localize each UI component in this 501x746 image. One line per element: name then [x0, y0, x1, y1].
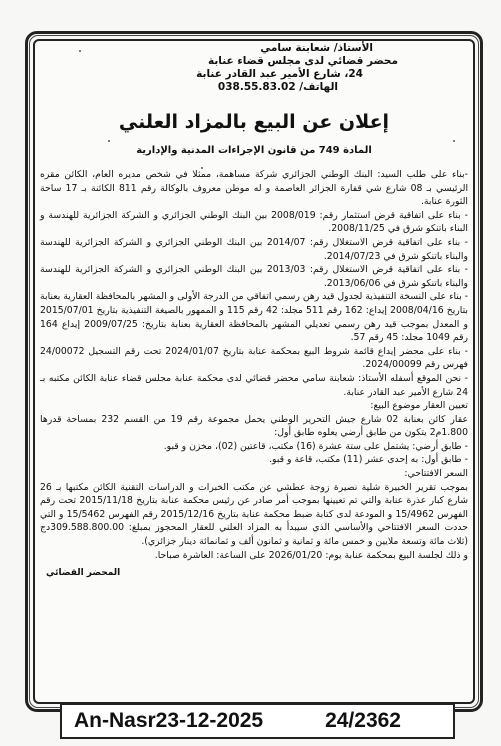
paragraph-loan-2: - بناء على اتفاقية قرض الاستغلال رقم: 20…: [40, 236, 468, 263]
bailiff-phone: الهاتف/ 038.55.83.02: [40, 81, 468, 94]
sale-session: و ذلك لجلسة البيع بمحكمة عنابة يوم: 2026…: [40, 549, 468, 563]
notice-body: -بناء على طلب السيد: البنك الوطني الجزائ…: [40, 168, 468, 562]
paragraph-mortgage: - بناء على النسخة التنفيذية لجدول قيد ره…: [40, 290, 468, 344]
paragraph-loan-1: - بناء على اتفاقية قرض استثمار رقم: 2008…: [40, 209, 468, 236]
price-text: بموجب تقرير الخبيرة شلية نصيرة زوجة عطشي…: [40, 481, 468, 549]
price-heading: السعر الافتتاحي:: [40, 467, 468, 481]
paragraph-conditions: - بناء على محضر إيداع قائمة شروط البيع ب…: [40, 345, 468, 372]
publication-footer: An-Nasr23-12-2025 24/2362: [60, 703, 455, 739]
paragraph-loan-3: - بناء على اتفاقية قرض الاستغلال رقم: 20…: [40, 263, 468, 290]
bailiff-title: محضر قضائي لدى مجلس قضاء عنابة: [40, 55, 468, 68]
paragraph-signatory: - نحن الموقع أسفله الأستاذ: شعابنة سامي …: [40, 372, 468, 399]
paragraph-request: -بناء على طلب السيد: البنك الوطني الجزائ…: [40, 168, 468, 209]
property-item: - طابق أول: به إحدى عشر (11) مكتب، قاعة …: [40, 453, 468, 467]
signature: المحضر القضائي: [40, 568, 468, 578]
notice-content: الأستاذ/ شعابنة سامي محضر قضائي لدى مجلس…: [40, 42, 468, 578]
property-heading: تعيين العقار موضوع البيع:: [40, 399, 468, 413]
bailiff-header: الأستاذ/ شعابنة سامي محضر قضائي لدى مجلس…: [40, 42, 468, 94]
bailiff-name: الأستاذ/ شعابنة سامي: [40, 42, 468, 55]
property-item: - طابق أرضي: يشتمل على ستة عشرة (16) مكت…: [40, 440, 468, 454]
bailiff-address: 24، شارع الأمير عبد القادر عنابة: [40, 68, 468, 81]
notice-title: إعلان عن البيع بالمزاد العلني: [40, 110, 468, 134]
property-description: عقار كائن بعنابة 02 شارع جيش التحرير الو…: [40, 413, 468, 440]
reference-number: 24/2362: [325, 709, 401, 733]
publication-date: An-Nasr23-12-2025: [74, 709, 263, 733]
legal-article: المادة 749 من قانون الإجراءات المدنية وا…: [40, 144, 468, 157]
